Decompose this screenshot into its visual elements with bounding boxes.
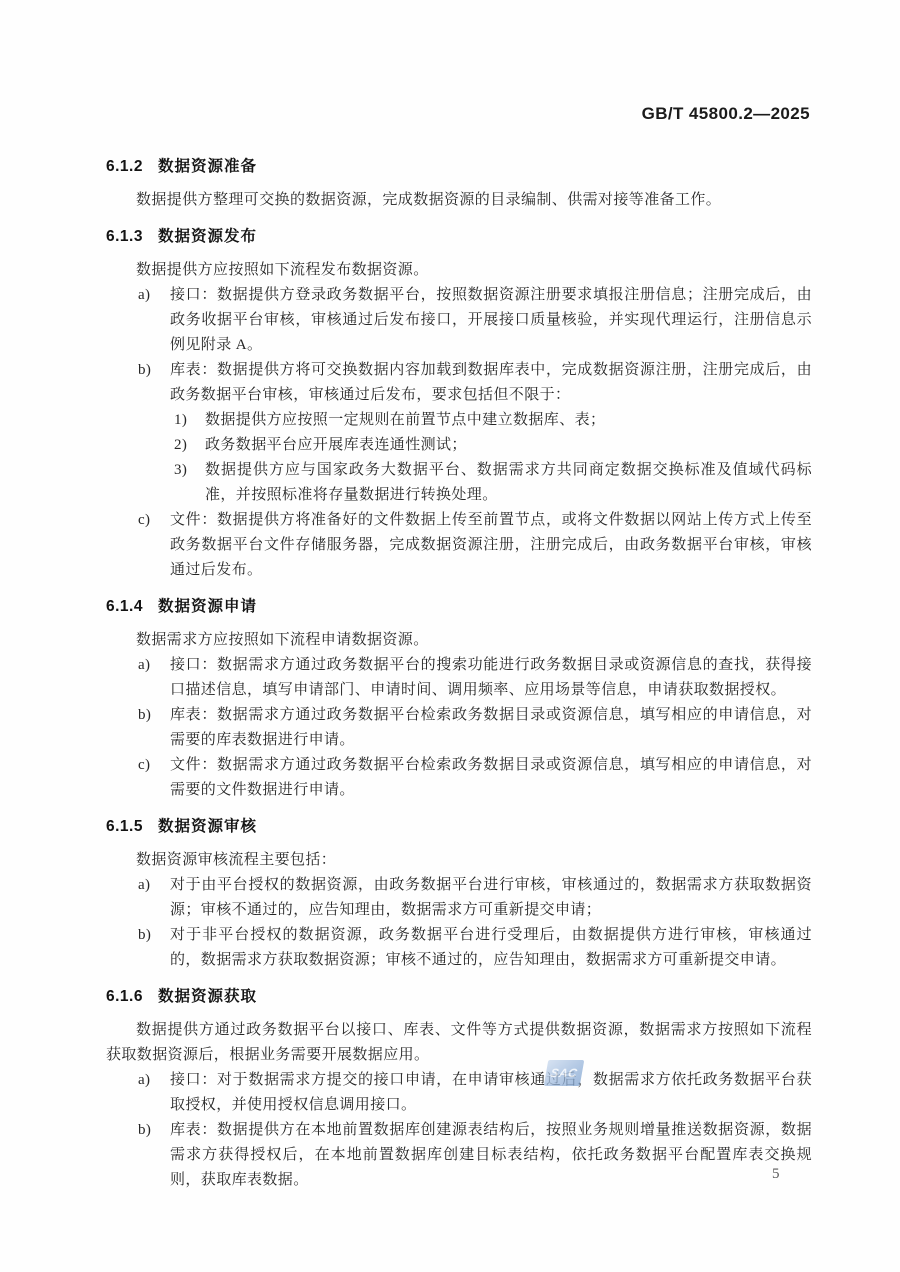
section-heading: 6.1.6数据资源获取 [106,988,812,1006]
list-item-text: 对于非平台授权的数据资源，政务数据平台进行受理后，由数据提供方进行审核，审核通过… [170,923,812,973]
list-item-body: 接口：数据提供方登录政务数据平台，按照数据资源注册要求填报注册信息；注册完成后，… [170,283,812,358]
list-item-label: a) [138,873,170,923]
section-title: 数据资源获取 [158,988,257,1006]
sublist-item-label: 1) [174,408,205,433]
list-item-label: b) [138,1118,170,1193]
section-paragraph: 数据需求方应按照如下流程申请数据资源。 [106,628,812,653]
list-item: a)对于由平台授权的数据资源，由政务数据平台进行审核，审核通过的，数据需求方获取… [106,873,812,923]
list-item-label: c) [138,508,170,583]
section-title: 数据资源申请 [158,598,257,616]
section-title: 数据资源发布 [158,228,257,246]
list-item: b)库表：数据提供方在本地前置数据库创建源表结构后，按照业务规则增量推送数据资源… [106,1118,812,1193]
page-number: 5 [772,1166,780,1183]
section-paragraph: 数据提供方应按照如下流程发布数据资源。 [106,258,812,283]
section-number: 6.1.5 [106,818,143,836]
list-item-body: 库表：数据需求方通过政务数据平台检索政务数据目录或资源信息，填写相应的申请信息，… [170,703,812,753]
section-number: 6.1.3 [106,228,143,246]
sublist-item: 2)政务数据平台应开展库表连通性测试； [170,433,812,458]
sac-watermark-text: SAC [549,1066,578,1080]
section-paragraph: 数据提供方通过政务数据平台以接口、库表、文件等方式提供数据资源，数据需求方按照如… [106,1018,812,1068]
list-item: a)接口：数据需求方通过政务数据平台的搜索功能进行政务数据目录或资源信息的查找，… [106,653,812,703]
list-item-body: 文件：数据需求方通过政务数据平台检索政务数据目录或资源信息，填写相应的申请信息，… [170,753,812,803]
list-item-text: 接口：数据提供方登录政务数据平台，按照数据资源注册要求填报注册信息；注册完成后，… [170,283,812,358]
sublist-item: 1)数据提供方应按照一定规则在前置节点中建立数据库、表； [170,408,812,433]
list-item-label: b) [138,923,170,973]
list-item-text: 文件：数据需求方通过政务数据平台检索政务数据目录或资源信息，填写相应的申请信息，… [170,753,812,803]
section-heading: 6.1.5数据资源审核 [106,818,812,836]
sublist-item-text: 数据提供方应与国家政务大数据平台、数据需求方共同商定数据交换标准及值域代码标准，… [205,458,812,508]
section-paragraph: 数据提供方整理可交换的数据资源，完成数据资源的目录编制、供需对接等准备工作。 [106,188,812,213]
list-item: b)对于非平台授权的数据资源，政务数据平台进行受理后，由数据提供方进行审核，审核… [106,923,812,973]
section-number: 6.1.2 [106,158,143,176]
list-item-body: 文件：数据提供方将准备好的文件数据上传至前置节点，或将文件数据以网站上传方式上传… [170,508,812,583]
sublist-item-label: 3) [174,458,205,508]
list-item-label: b) [138,358,170,508]
list-item-text: 库表：数据提供方将可交换数据内容加载到数据库表中，完成数据资源注册，注册完成后，… [170,358,812,408]
document-body: 6.1.2数据资源准备数据提供方整理可交换的数据资源，完成数据资源的目录编制、供… [106,0,812,1193]
list-item: c)文件：数据提供方将准备好的文件数据上传至前置节点，或将文件数据以网站上传方式… [106,508,812,583]
section-number: 6.1.6 [106,988,143,1006]
section-heading: 6.1.2数据资源准备 [106,158,812,176]
list-item-label: a) [138,283,170,358]
section-title: 数据资源审核 [158,818,257,836]
sublist-item-label: 2) [174,433,205,458]
sac-watermark-logo: SAC [544,1060,585,1086]
list-item: a)接口：数据提供方登录政务数据平台，按照数据资源注册要求填报注册信息；注册完成… [106,283,812,358]
list-item-body: 对于由平台授权的数据资源，由政务数据平台进行审核，审核通过的，数据需求方获取数据… [170,873,812,923]
list-item: c)文件：数据需求方通过政务数据平台检索政务数据目录或资源信息，填写相应的申请信… [106,753,812,803]
list-item: b)库表：数据需求方通过政务数据平台检索政务数据目录或资源信息，填写相应的申请信… [106,703,812,753]
list-item: a)接口：对于数据需求方提交的接口申请，在申请审核通过后，数据需求方依托政务数据… [106,1068,812,1118]
section-title: 数据资源准备 [158,158,257,176]
sublist-item-text: 数据提供方应按照一定规则在前置节点中建立数据库、表； [205,408,812,433]
list-item-text: 库表：数据提供方在本地前置数据库创建源表结构后，按照业务规则增量推送数据资源，数… [170,1118,812,1193]
list-item: b)库表：数据提供方将可交换数据内容加载到数据库表中，完成数据资源注册，注册完成… [106,358,812,508]
sublist-item: 3)数据提供方应与国家政务大数据平台、数据需求方共同商定数据交换标准及值域代码标… [170,458,812,508]
section-heading: 6.1.3数据资源发布 [106,228,812,246]
list-item-label: a) [138,1068,170,1118]
list-item-text: 接口：对于数据需求方提交的接口申请，在申请审核通过后，数据需求方依托政务数据平台… [170,1068,812,1118]
list-item-body: 对于非平台授权的数据资源，政务数据平台进行受理后，由数据提供方进行审核，审核通过… [170,923,812,973]
list-item-body: 库表：数据提供方将可交换数据内容加载到数据库表中，完成数据资源注册，注册完成后，… [170,358,812,508]
list-item-body: 库表：数据提供方在本地前置数据库创建源表结构后，按照业务规则增量推送数据资源，数… [170,1118,812,1193]
list-item-body: 接口：对于数据需求方提交的接口申请，在申请审核通过后，数据需求方依托政务数据平台… [170,1068,812,1118]
list-item-text: 文件：数据提供方将准备好的文件数据上传至前置节点，或将文件数据以网站上传方式上传… [170,508,812,583]
list-item-text: 库表：数据需求方通过政务数据平台检索政务数据目录或资源信息，填写相应的申请信息，… [170,703,812,753]
section-heading: 6.1.4数据资源申请 [106,598,812,616]
document-page: GB/T 45800.2—2025 6.1.2数据资源准备数据提供方整理可交换的… [0,0,900,1272]
list-item-label: c) [138,753,170,803]
list-item-body: 接口：数据需求方通过政务数据平台的搜索功能进行政务数据目录或资源信息的查找，获得… [170,653,812,703]
section-number: 6.1.4 [106,598,143,616]
sublist-item-text: 政务数据平台应开展库表连通性测试； [205,433,812,458]
list-item-text: 对于由平台授权的数据资源，由政务数据平台进行审核，审核通过的，数据需求方获取数据… [170,873,812,923]
list-item-label: b) [138,703,170,753]
section-paragraph: 数据资源审核流程主要包括： [106,848,812,873]
list-item-label: a) [138,653,170,703]
list-item-text: 接口：数据需求方通过政务数据平台的搜索功能进行政务数据目录或资源信息的查找，获得… [170,653,812,703]
